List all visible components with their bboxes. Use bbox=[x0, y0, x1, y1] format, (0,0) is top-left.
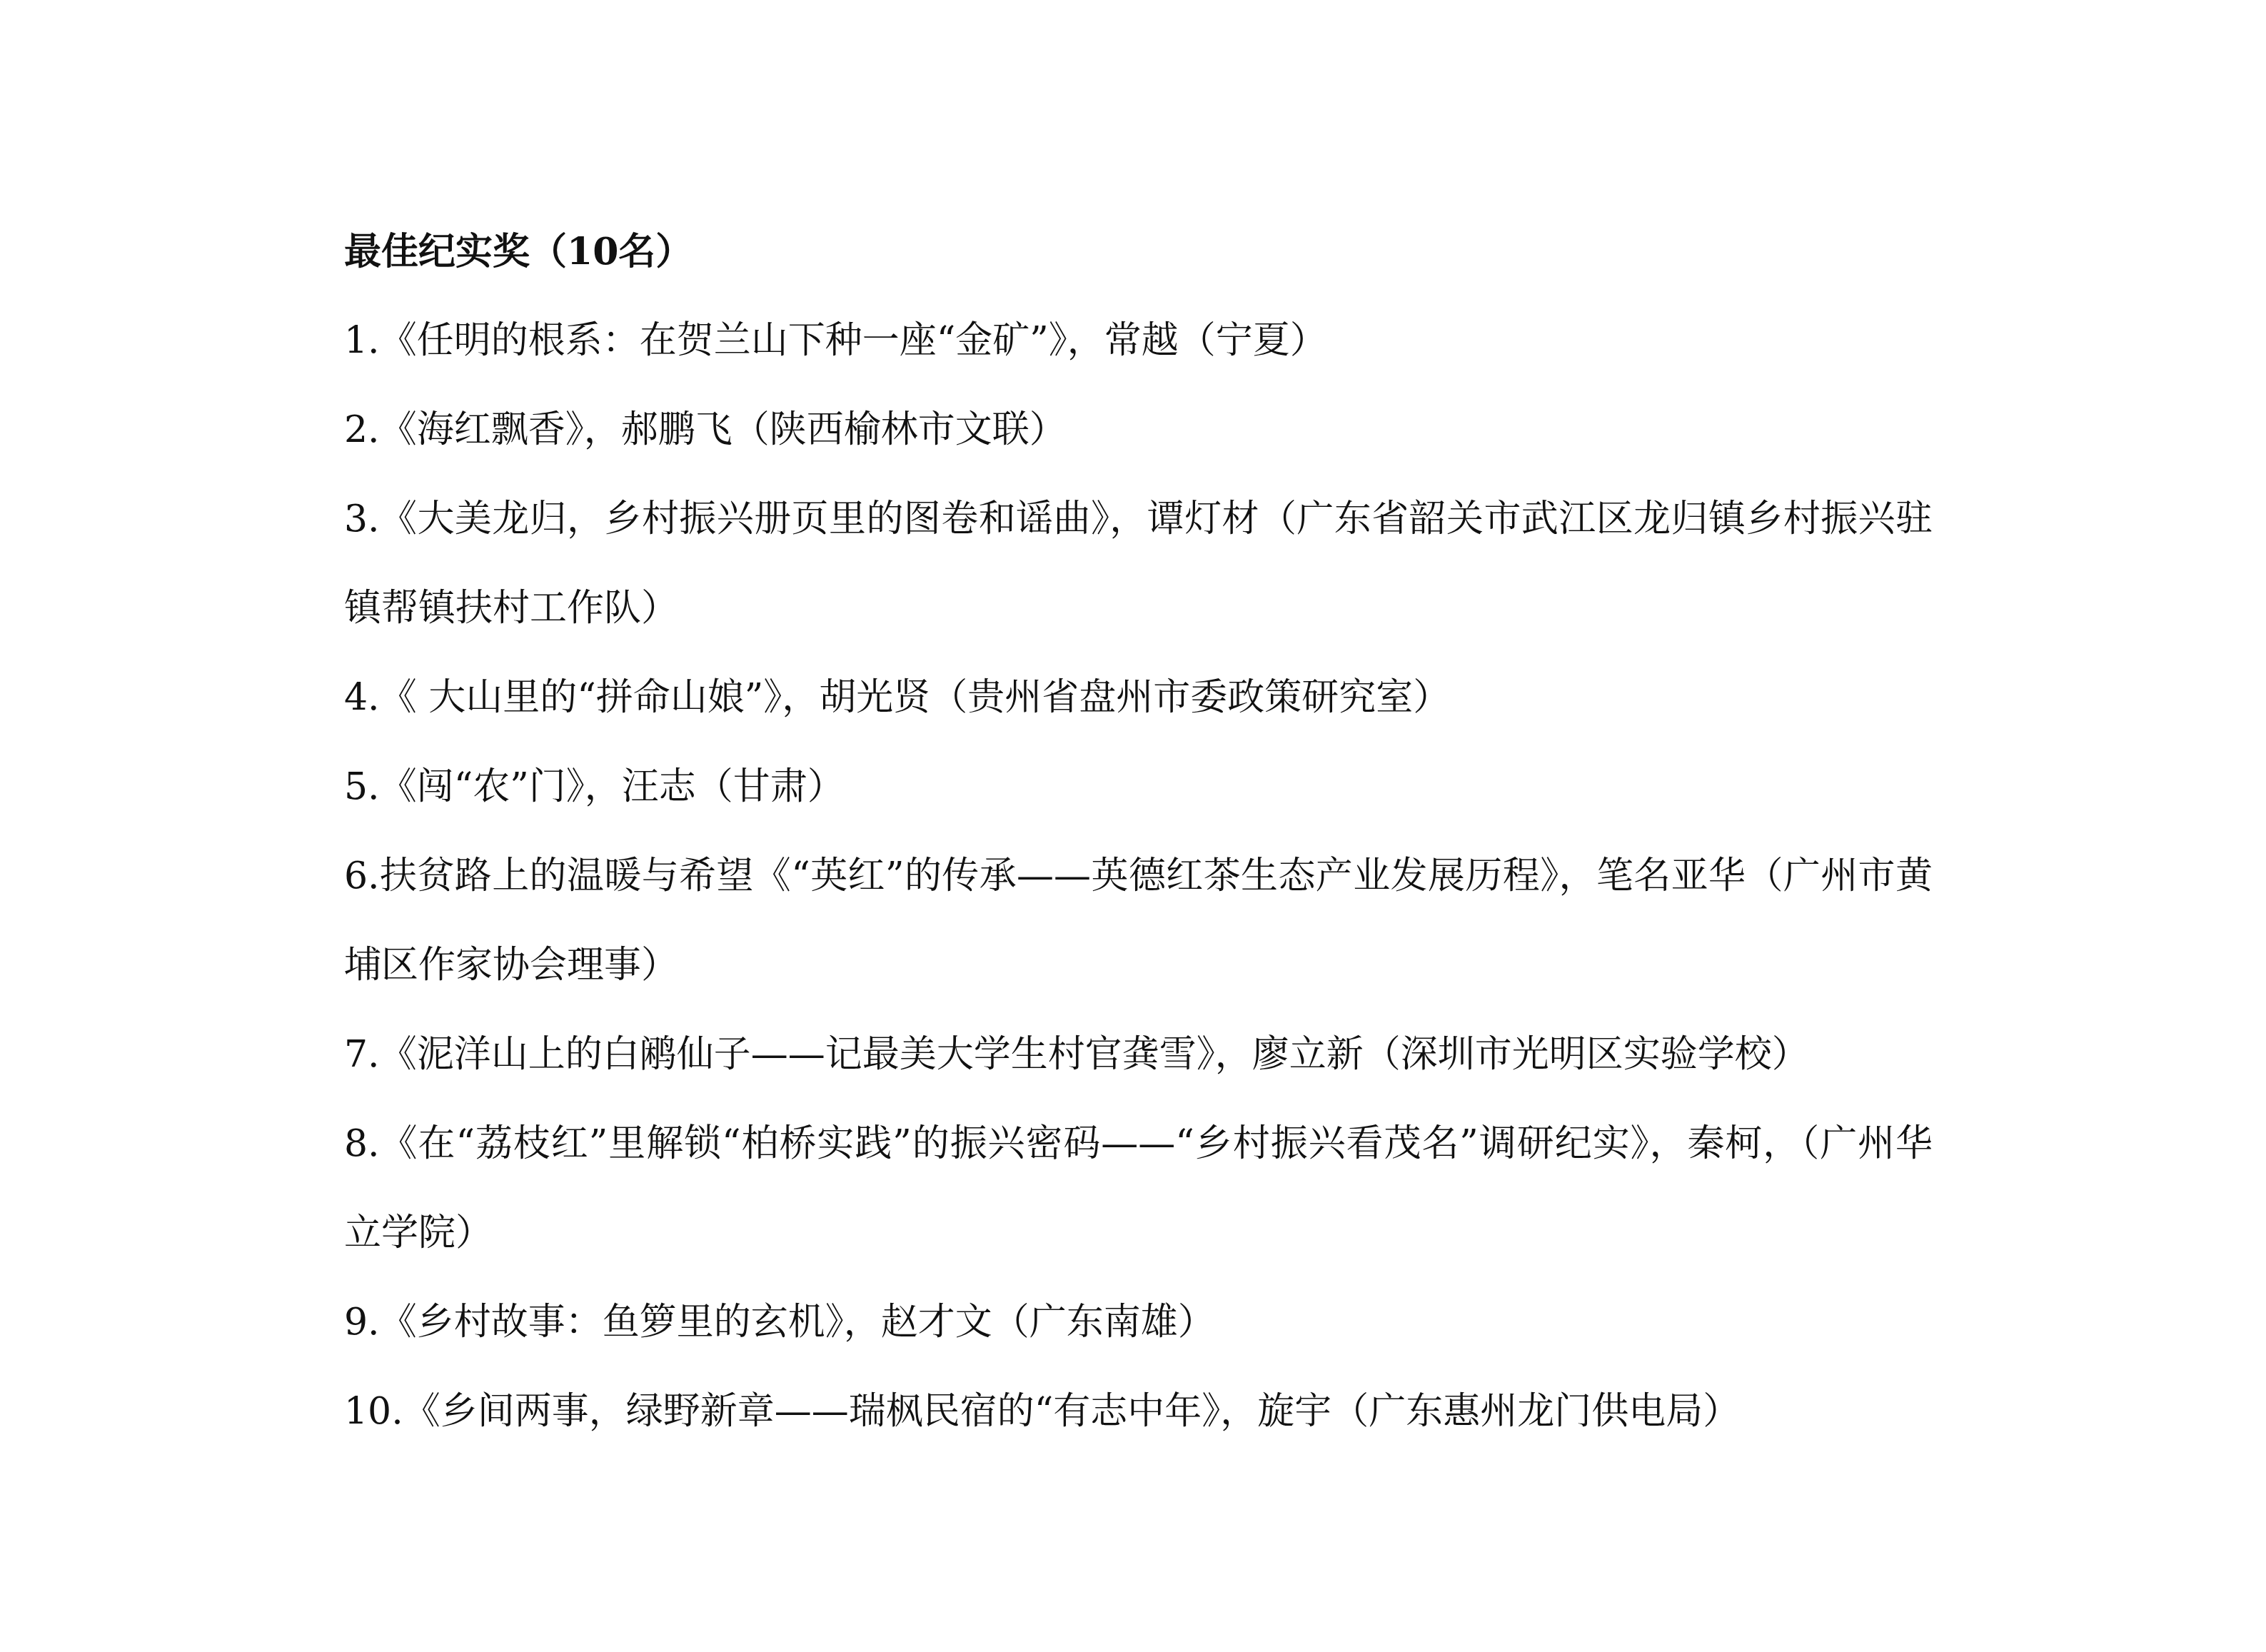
entry-text: 《泥洋山上的白鹇仙子——记最美大学生村官龚雪》，廖立新（深圳市光明区实验学校） bbox=[380, 1033, 1809, 1076]
entry-number: 8. bbox=[344, 1122, 380, 1165]
entry-text: 《任明的根系：在贺兰山下种一座“金矿”》，常越（宁夏） bbox=[380, 319, 1327, 362]
entry-number: 2. bbox=[344, 408, 380, 451]
award-entry-5: 5.《闯“农”门》，汪志（甘肃） bbox=[344, 742, 1933, 832]
entry-text: 《 大山里的“拼命山娘”》，胡光贤（贵州省盘州市委政策研究室） bbox=[380, 676, 1451, 719]
award-entry-9: 9.《乡村故事：鱼箩里的玄机》，赵才文（广东南雄） bbox=[344, 1278, 1933, 1367]
entry-text: 《海红飘香》，郝鹏飞（陕西榆林市文联） bbox=[380, 408, 1067, 451]
entry-text: 《闯“农”门》，汪志（甘肃） bbox=[380, 765, 845, 808]
section-heading: 最佳纪实奖（10名） bbox=[344, 207, 1933, 296]
award-entry-3: 3.《大美龙归，乡村振兴册页里的图卷和谣曲》，谭灯材（广东省韶关市武江区龙归镇乡… bbox=[344, 475, 1933, 653]
award-entry-7: 7.《泥洋山上的白鹇仙子——记最美大学生村官龚雪》，廖立新（深圳市光明区实验学校… bbox=[344, 1010, 1933, 1099]
entry-text: 《在“荔枝红”里解锁“柏桥实践”的振兴密码——“乡村振兴看茂名”调研纪实》，秦柯… bbox=[344, 1122, 1933, 1254]
award-entry-8: 8.《在“荔枝红”里解锁“柏桥实践”的振兴密码——“乡村振兴看茂名”调研纪实》，… bbox=[344, 1099, 1933, 1278]
entry-text: 《大美龙归，乡村振兴册页里的图卷和谣曲》，谭灯材（广东省韶关市武江区龙归镇乡村振… bbox=[344, 498, 1933, 630]
entry-number: 10. bbox=[344, 1390, 403, 1433]
award-entry-10: 10.《乡间两事，绿野新章——瑞枫民宿的“有志中年》，旋宇（广东惠州龙门供电局） bbox=[344, 1367, 1933, 1456]
entry-number: 1. bbox=[344, 319, 380, 362]
entry-number: 3. bbox=[344, 498, 380, 540]
award-entry-6: 6.扶贫路上的温暖与希望《“英红”的传承——英德红茶生态产业发展历程》，笔名亚华… bbox=[344, 832, 1933, 1010]
entry-text: 《乡间两事，绿野新章——瑞枫民宿的“有志中年》，旋宇（广东惠州龙门供电局） bbox=[403, 1390, 1741, 1433]
entry-number: 4. bbox=[344, 676, 380, 719]
award-entry-4: 4.《 大山里的“拼命山娘”》，胡光贤（贵州省盘州市委政策研究室） bbox=[344, 653, 1933, 742]
award-entry-1: 1.《任明的根系：在贺兰山下种一座“金矿”》，常越（宁夏） bbox=[344, 296, 1933, 386]
award-entry-2: 2.《海红飘香》，郝鹏飞（陕西榆林市文联） bbox=[344, 386, 1933, 475]
entry-number: 9. bbox=[344, 1301, 380, 1344]
entry-text: 扶贫路上的温暖与希望《“英红”的传承——英德红茶生态产业发展历程》，笔名亚华（广… bbox=[344, 855, 1933, 987]
document-page: 最佳纪实奖（10名） 1.《任明的根系：在贺兰山下种一座“金矿”》，常越（宁夏）… bbox=[344, 207, 1933, 1456]
entry-number: 5. bbox=[344, 765, 380, 808]
entry-text: 《乡村故事：鱼箩里的玄机》，赵才文（广东南雄） bbox=[380, 1301, 1215, 1344]
entry-number: 6. bbox=[344, 855, 380, 897]
entry-number: 7. bbox=[344, 1033, 380, 1076]
